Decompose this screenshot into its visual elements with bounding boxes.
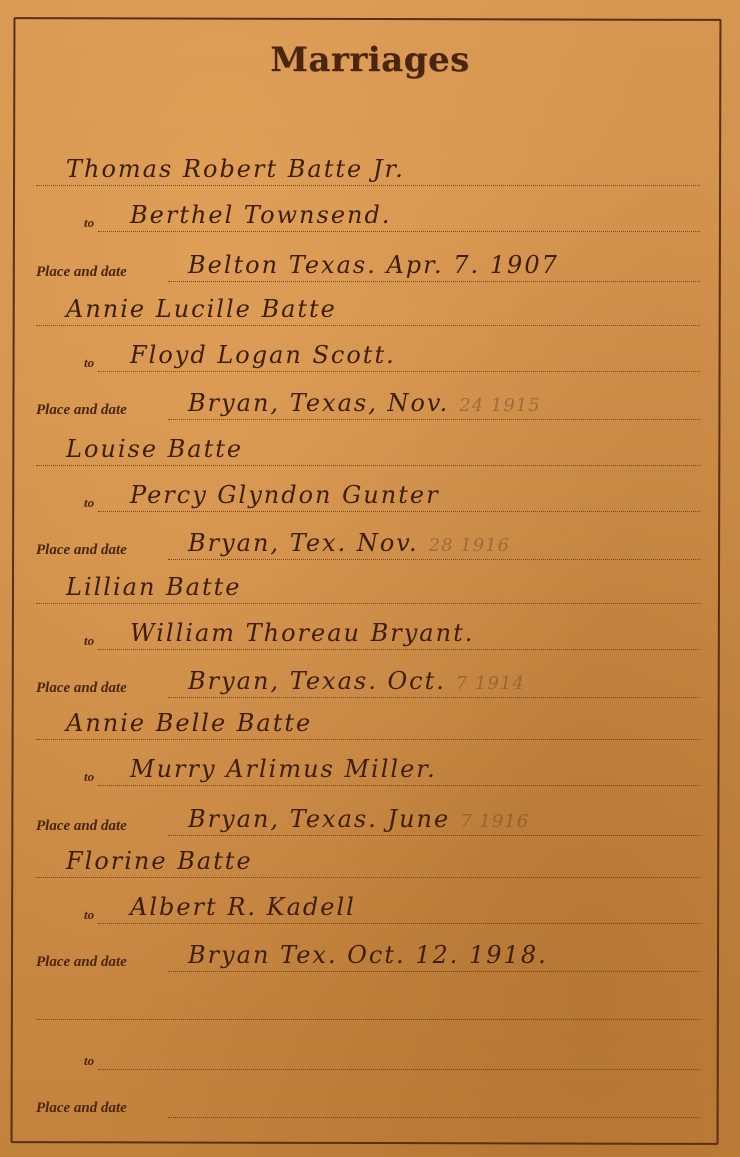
pencil-date-note: 7 1916	[460, 811, 529, 832]
entry-place-date	[188, 1087, 198, 1115]
pencil-date-note: 24 1915	[459, 395, 540, 416]
dotted-rule	[98, 1069, 700, 1070]
entry-place-date-line: Place and dateBryan, Texas. Oct.7 1914	[36, 652, 700, 698]
dotted-rule	[168, 971, 700, 972]
place-date-ink: Bryan, Tex. Nov.	[188, 529, 419, 557]
entry-name-line: Annie Belle Batte	[36, 694, 700, 740]
entry-name-line: Florine Batte	[36, 832, 700, 878]
place-date-ink: Bryan, Texas, Nov.	[188, 389, 449, 417]
entry-spouse-line: to	[36, 1024, 700, 1070]
entry-place-date: Bryan, Tex. Nov.28 1916	[188, 529, 510, 557]
place-and-date-label: Place and date	[36, 264, 127, 281]
place-date-ink: Bryan, Texas. Oct.	[188, 667, 446, 695]
entry-place-date-line: Place and dateBryan, Texas. June7 1916	[36, 790, 700, 836]
entry-place-date-line: Place and dateBelton Texas. Apr. 7. 1907	[36, 236, 700, 282]
entry-place-date-line: Place and dateBryan, Texas, Nov.24 1915	[36, 374, 700, 420]
entry-spouse-line: toFloyd Logan Scott.	[36, 326, 700, 372]
entry-place-date: Bryan, Texas. June7 1916	[188, 805, 529, 833]
entry-name: Annie Belle Batte	[66, 709, 312, 737]
entry-spouse-line: toMurry Arlimus Miller.	[36, 740, 700, 786]
entry-spouse-line: toPercy Glyndon Gunter	[36, 466, 700, 512]
entry-place-date: Bryan, Texas, Nov.24 1915	[188, 389, 541, 417]
place-date-ink: Belton Texas. Apr. 7. 1907	[188, 251, 559, 279]
entry-name: Thomas Robert Batte Jr.	[66, 155, 405, 183]
entry-spouse: Percy Glyndon Gunter	[130, 481, 440, 509]
to-label: to	[84, 907, 94, 923]
entry-place-date: Belton Texas. Apr. 7. 1907	[188, 251, 569, 279]
entry-spouse-line: toAlbert R. Kadell	[36, 878, 700, 924]
to-label: to	[84, 769, 94, 785]
to-label: to	[84, 495, 94, 511]
entry-place-date: Bryan, Texas. Oct.7 1914	[188, 667, 525, 695]
to-label: to	[84, 215, 94, 231]
entry-name-line	[36, 974, 700, 1020]
dotted-rule	[98, 785, 700, 786]
to-label: to	[84, 633, 94, 649]
place-and-date-label: Place and date	[36, 954, 127, 971]
to-label: to	[84, 1053, 94, 1069]
entry-name-line: Louise Batte	[36, 420, 700, 466]
place-and-date-label: Place and date	[36, 1100, 127, 1117]
entry-name-line: Annie Lucille Batte	[36, 280, 700, 326]
entry-place-date-line: Place and date	[36, 1072, 700, 1118]
entry-name: Annie Lucille Batte	[66, 295, 337, 323]
dotted-rule	[168, 1117, 700, 1118]
pencil-date-note: 28 1916	[429, 535, 510, 556]
pencil-date-note: 7 1914	[456, 673, 525, 694]
place-and-date-label: Place and date	[36, 402, 127, 419]
entry-name: Lillian Batte	[66, 573, 241, 601]
entry-place-date-line: Place and dateBryan, Tex. Nov.28 1916	[36, 514, 700, 560]
entry-place-date-line: Place and dateBryan Tex. Oct. 12. 1918.	[36, 926, 700, 972]
dotted-rule	[98, 371, 700, 372]
entry-spouse: Berthel Townsend.	[130, 201, 391, 229]
page-title: Marriages	[0, 40, 740, 80]
entry-name-line: Lillian Batte	[36, 558, 700, 604]
entry-spouse: William Thoreau Bryant.	[130, 619, 474, 647]
entry-spouse: Floyd Logan Scott.	[130, 341, 396, 369]
entry-name: Florine Batte	[66, 847, 253, 875]
dotted-rule	[98, 923, 700, 924]
entry-spouse: Albert R. Kadell	[130, 893, 356, 921]
entry-spouse: Murry Arlimus Miller.	[130, 755, 437, 783]
place-date-ink: Bryan Tex. Oct. 12. 1918.	[188, 941, 548, 969]
place-and-date-label: Place and date	[36, 542, 127, 559]
place-date-ink: Bryan, Texas. June	[188, 805, 450, 833]
dotted-rule	[98, 231, 700, 232]
dotted-rule	[98, 511, 700, 512]
entry-spouse-line: toBerthel Townsend.	[36, 186, 700, 232]
dotted-rule	[36, 1019, 700, 1020]
to-label: to	[84, 355, 94, 371]
entry-name-line: Thomas Robert Batte Jr.	[36, 140, 700, 186]
dotted-rule	[98, 649, 700, 650]
entry-spouse-line: toWilliam Thoreau Bryant.	[36, 604, 700, 650]
entry-name: Louise Batte	[66, 435, 243, 463]
entry-place-date: Bryan Tex. Oct. 12. 1918.	[188, 941, 558, 969]
